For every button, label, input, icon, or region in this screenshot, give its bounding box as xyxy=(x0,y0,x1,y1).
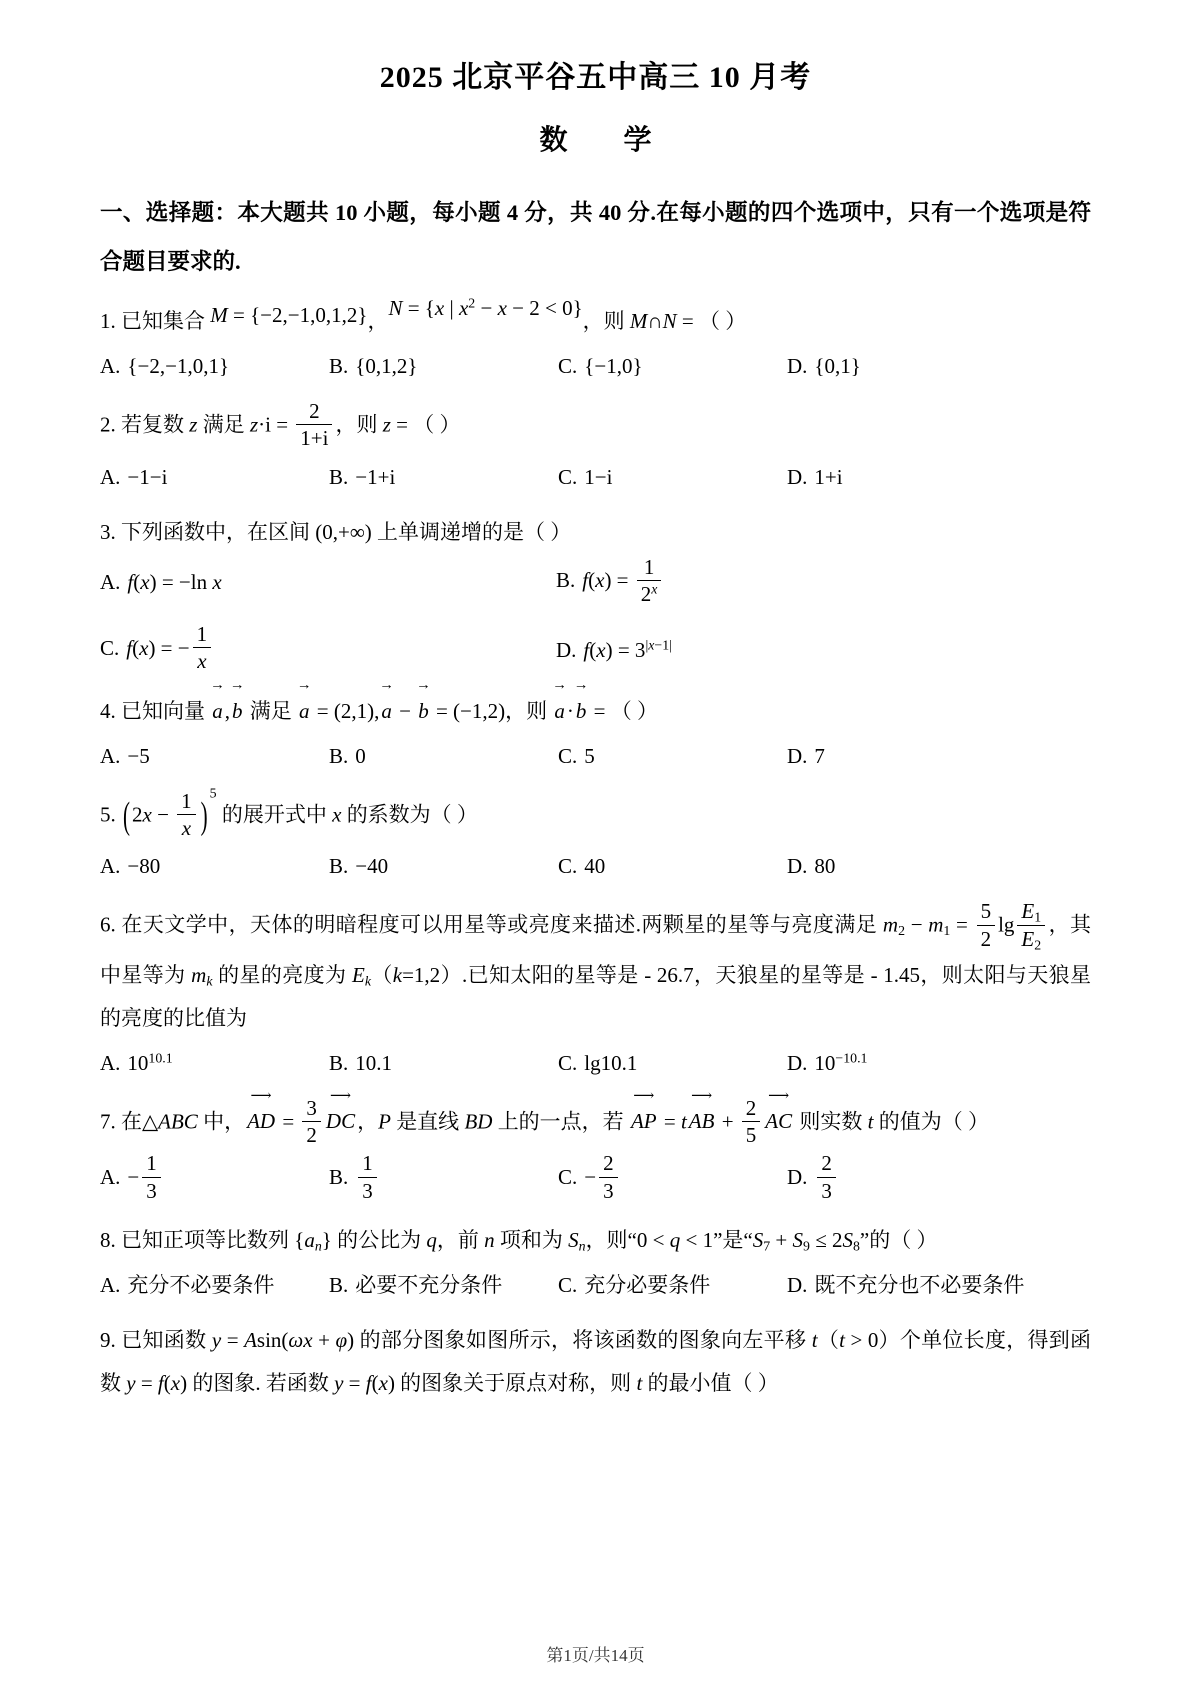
vector-arrow-icon: → xyxy=(379,678,394,693)
question-options: A.1010.1B.10.1C.lg10.1D.10−10.1 xyxy=(100,1042,1091,1084)
option-value: −1+i xyxy=(355,465,395,489)
question-1: 1. 已知集合 M = {−2,−1,0,1,2}，N = {x | x2 − … xyxy=(100,300,1091,387)
option-label: A. xyxy=(100,744,120,768)
option-value: 0 xyxy=(355,744,366,768)
vector: ⟶AP xyxy=(631,1100,657,1143)
option-A: A.充分不必要条件 xyxy=(100,1264,329,1306)
option-C: C.5 xyxy=(558,735,787,777)
option-value: f(x) = −ln x xyxy=(127,570,221,594)
vector: →a xyxy=(299,690,310,733)
question-6: 6. 在天文学中，天体的明暗程度可以用星等或亮度来描述.两颗星的星等与亮度满足 … xyxy=(100,900,1091,1084)
option-B: B.−1+i xyxy=(329,456,558,498)
question-2: 2. 若复数 z 满足 z·i = 21+i，则 z = （ ）A.−1−iB.… xyxy=(100,400,1091,498)
option-label: B. xyxy=(329,1165,348,1189)
page-content: 2025 北京平谷五中高三 10 月考 数 学 一、选择题：本大题共 10 小题… xyxy=(0,0,1191,1405)
question-list: 1. 已知集合 M = {−2,−1,0,1,2}，N = {x | x2 − … xyxy=(100,300,1091,1405)
page-number-footer: 第1页/共14页 xyxy=(0,1641,1191,1666)
option-label: A. xyxy=(100,1273,120,1297)
option-D: D.1+i xyxy=(787,456,1091,498)
option-value: −80 xyxy=(127,854,160,878)
option-A: A.{−2,−1,0,1} xyxy=(100,345,329,387)
option-value: 1+i xyxy=(814,465,842,489)
question-options: A.−5B.0C.5D.7 xyxy=(100,735,1091,777)
option-value: 7 xyxy=(814,744,825,768)
option-A: A.−1−i xyxy=(100,456,329,498)
option-label: D. xyxy=(787,1165,807,1189)
fraction: E1E2 xyxy=(1017,898,1045,952)
question-options: A.−1−iB.−1+iC.1−iD.1+i xyxy=(100,456,1091,498)
question-stem: 9. 已知函数 y = Asin(ωx + φ) 的部分图象如图所示，将该函数的… xyxy=(100,1319,1091,1405)
option-C: C.1−i xyxy=(558,456,787,498)
question-stem: 4. 已知向量 →a,→b 满足 →a = (2,1),→a − →b = (−… xyxy=(100,690,1091,733)
question-options: A.−13B.13C.−23D.23 xyxy=(100,1152,1091,1206)
option-label: B. xyxy=(556,568,575,592)
option-value: 必要不充分条件 xyxy=(355,1273,502,1297)
fraction: 23 xyxy=(817,1150,836,1204)
option-label: D. xyxy=(787,1051,807,1075)
vector: →a xyxy=(212,690,223,733)
vector-arrow-icon: ⟶ xyxy=(330,1089,351,1104)
option-C: C.f(x) = −1x xyxy=(100,623,556,677)
option-label: C. xyxy=(558,354,577,378)
option-label: A. xyxy=(100,1165,120,1189)
option-label: A. xyxy=(100,1051,120,1075)
fraction: 25 xyxy=(742,1095,761,1149)
question-options: A.充分不必要条件B.必要不充分条件C.充分必要条件D.既不充分也不必要条件 xyxy=(100,1264,1091,1306)
option-value: 80 xyxy=(814,854,835,878)
option-value: {0,1} xyxy=(814,354,860,378)
question-stem: 3. 下列函数中，在区间 (0,+∞) 上单调递增的是（ ） xyxy=(100,511,1091,554)
option-B: B.10.1 xyxy=(329,1042,558,1084)
option-value: −5 xyxy=(127,744,149,768)
fraction: 13 xyxy=(142,1150,161,1204)
option-A: A.−13 xyxy=(100,1152,329,1206)
option-value: 10−10.1 xyxy=(814,1051,867,1075)
vector-arrow-icon: → xyxy=(297,678,312,693)
option-B: B.0 xyxy=(329,735,558,777)
option-label: C. xyxy=(558,465,577,489)
option-C: C.充分必要条件 xyxy=(558,1264,787,1306)
option-value: 1010.1 xyxy=(127,1051,172,1075)
option-value: f(x) = 12x xyxy=(582,568,664,592)
option-value: f(x) = 3|x−1| xyxy=(583,638,671,662)
option-B: B.13 xyxy=(329,1152,558,1206)
big-paren: ( xyxy=(123,778,130,855)
vector: ⟶AB xyxy=(689,1100,715,1143)
option-label: A. xyxy=(100,354,120,378)
question-options: A.{−2,−1,0,1}B.{0,1,2}C.{−1,0}D.{0,1} xyxy=(100,345,1091,387)
option-label: B. xyxy=(329,1273,348,1297)
option-B: B.f(x) = 12x xyxy=(556,556,1091,610)
option-value: 5 xyxy=(584,744,595,768)
option-value: −23 xyxy=(584,1165,620,1189)
fraction: 23 xyxy=(599,1150,618,1204)
option-D: D.{0,1} xyxy=(787,345,1091,387)
vector: →b xyxy=(232,690,243,733)
option-value: −13 xyxy=(127,1165,163,1189)
option-value: −1−i xyxy=(127,465,167,489)
option-B: B.{0,1,2} xyxy=(329,345,558,387)
question-3: 3. 下列函数中，在区间 (0,+∞) 上单调递增的是（ ）A.f(x) = −… xyxy=(100,511,1091,677)
option-value: {−1,0} xyxy=(584,354,642,378)
question-stem: 8. 已知正项等比数列 {an} 的公比为 q，前 n 项和为 Sn，则“0 <… xyxy=(100,1219,1091,1262)
option-label: B. xyxy=(329,854,348,878)
vector-arrow-icon: ⟶ xyxy=(633,1089,654,1104)
option-D: D.10−10.1 xyxy=(787,1042,1091,1084)
option-B: B.必要不充分条件 xyxy=(329,1264,558,1306)
option-label: C. xyxy=(558,1165,577,1189)
question-9: 9. 已知函数 y = Asin(ωx + φ) 的部分图象如图所示，将该函数的… xyxy=(100,1319,1091,1405)
vector: ⟶DC xyxy=(326,1100,355,1143)
fraction: 12x xyxy=(637,554,662,608)
question-7: 7. 在△ABC 中，⟶AD = 32⟶DC，P 是直线 BD 上的一点，若 ⟶… xyxy=(100,1097,1091,1206)
vector-arrow-icon: → xyxy=(416,678,431,693)
option-value: 既不充分也不必要条件 xyxy=(814,1273,1024,1297)
option-D: D.80 xyxy=(787,845,1091,887)
option-value: 40 xyxy=(584,854,605,878)
option-C: C.40 xyxy=(558,845,787,887)
option-label: D. xyxy=(556,638,576,662)
option-label: B. xyxy=(329,354,348,378)
option-A: A.−5 xyxy=(100,735,329,777)
exam-page: 2025 北京平谷五中高三 10 月考 数 学 一、选择题：本大题共 10 小题… xyxy=(0,0,1191,1684)
vector-arrow-icon: ⟶ xyxy=(691,1089,712,1104)
option-A: A.1010.1 xyxy=(100,1042,329,1084)
fraction: 13 xyxy=(358,1150,377,1204)
option-label: C. xyxy=(558,1273,577,1297)
option-value: 充分必要条件 xyxy=(584,1273,710,1297)
option-value: 10.1 xyxy=(355,1051,392,1075)
question-stem: 5. (2x − 1x)5 的展开式中 x 的系数为（ ） xyxy=(100,790,1091,844)
question-stem: 7. 在△ABC 中，⟶AD = 32⟶DC，P 是直线 BD 上的一点，若 ⟶… xyxy=(100,1097,1091,1151)
vector-arrow-icon: ⟶ xyxy=(768,1089,789,1104)
option-D: D.既不充分也不必要条件 xyxy=(787,1264,1091,1306)
vector: ⟶AD xyxy=(247,1100,275,1143)
fraction: 52 xyxy=(977,898,996,952)
option-label: C. xyxy=(558,854,577,878)
option-label: A. xyxy=(100,570,120,594)
vector: →a xyxy=(381,690,392,733)
vector-arrow-icon: → xyxy=(210,678,225,693)
question-stem: 2. 若复数 z 满足 z·i = 21+i，则 z = （ ） xyxy=(100,400,1091,454)
option-value: {0,1,2} xyxy=(355,354,417,378)
vector-arrow-icon: ⟶ xyxy=(251,1089,272,1104)
option-C: C.−23 xyxy=(558,1152,787,1206)
question-options: A.f(x) = −ln xB.f(x) = 12xC.f(x) = −1xD.… xyxy=(100,556,1091,677)
question-stem: 6. 在天文学中，天体的明暗程度可以用星等或亮度来描述.两颗星的星等与亮度满足 … xyxy=(100,900,1091,1040)
fraction: 1x xyxy=(177,788,196,842)
question-4: 4. 已知向量 →a,→b 满足 →a = (2,1),→a − →b = (−… xyxy=(100,690,1091,777)
option-label: C. xyxy=(558,1051,577,1075)
option-B: B.−40 xyxy=(329,845,558,887)
question-options: A.−80B.−40C.40D.80 xyxy=(100,845,1091,887)
fraction: 1x xyxy=(193,621,212,675)
option-label: A. xyxy=(100,854,120,878)
exam-title: 2025 北京平谷五中高三 10 月考 xyxy=(100,58,1091,97)
option-label: B. xyxy=(329,465,348,489)
option-value: f(x) = −1x xyxy=(126,636,214,660)
vector-arrow-icon: → xyxy=(230,678,245,693)
section-heading: 一、选择题：本大题共 10 小题，每小题 4 分，共 40 分.在每小题的四个选… xyxy=(100,189,1091,286)
option-C: C.{−1,0} xyxy=(558,345,787,387)
option-C: C.lg10.1 xyxy=(558,1042,787,1084)
option-label: B. xyxy=(329,1051,348,1075)
option-label: C. xyxy=(100,636,119,660)
fraction: 32 xyxy=(302,1095,321,1149)
option-label: C. xyxy=(558,744,577,768)
option-value: 1−i xyxy=(584,465,612,489)
option-value: 13 xyxy=(355,1165,380,1189)
option-value: {−2,−1,0,1} xyxy=(127,354,229,378)
vector: ⟶AC xyxy=(765,1100,792,1143)
option-D: D.23 xyxy=(787,1152,1091,1206)
option-value: 充分不必要条件 xyxy=(127,1273,274,1297)
vector-arrow-icon: → xyxy=(552,678,567,693)
option-D: D.7 xyxy=(787,735,1091,777)
option-label: B. xyxy=(329,744,348,768)
big-paren: ) xyxy=(201,778,208,855)
option-value: 23 xyxy=(814,1165,839,1189)
vector-arrow-icon: → xyxy=(574,678,589,693)
option-label: D. xyxy=(787,465,807,489)
option-D: D.f(x) = 3|x−1| xyxy=(556,629,1091,671)
option-label: D. xyxy=(787,354,807,378)
option-A: A.f(x) = −ln x xyxy=(100,561,556,603)
option-value: −40 xyxy=(355,854,388,878)
option-A: A.−80 xyxy=(100,845,329,887)
option-label: D. xyxy=(787,854,807,878)
fraction: 21+i xyxy=(296,398,332,452)
question-stem: 1. 已知集合 M = {−2,−1,0,1,2}，N = {x | x2 − … xyxy=(100,300,1091,343)
vector: →b xyxy=(418,690,429,733)
exam-subject: 数 学 xyxy=(100,123,1091,159)
option-label: D. xyxy=(787,744,807,768)
option-label: D. xyxy=(787,1273,807,1297)
vector: →a xyxy=(554,690,565,733)
vector: →b xyxy=(576,690,587,733)
option-label: A. xyxy=(100,465,120,489)
question-8: 8. 已知正项等比数列 {an} 的公比为 q，前 n 项和为 Sn，则“0 <… xyxy=(100,1219,1091,1306)
question-5: 5. (2x − 1x)5 的展开式中 x 的系数为（ ）A.−80B.−40C… xyxy=(100,790,1091,888)
option-value: lg10.1 xyxy=(584,1051,637,1075)
